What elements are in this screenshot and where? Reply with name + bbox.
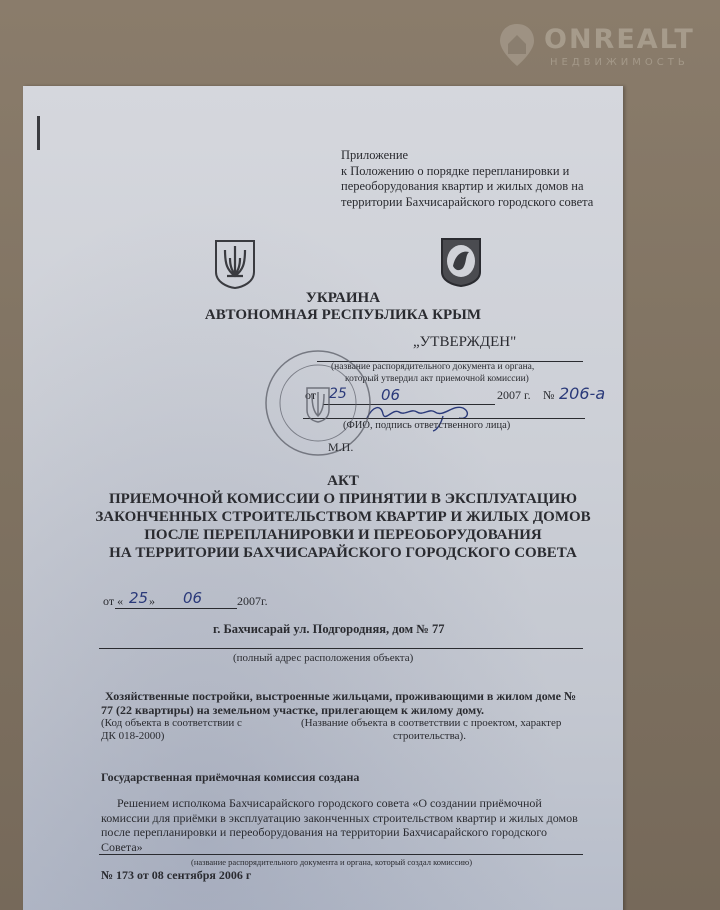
object-address: г. Бахчисарай ул. Подгородняя, дом № 77 <box>213 622 444 637</box>
document-page: Приложение к Положению о порядке перепла… <box>23 86 623 910</box>
seal-label: М.П. <box>328 440 353 455</box>
watermark-tagline: НЕДВИЖИМОСТЬ <box>550 57 689 68</box>
margin-mark <box>37 116 40 150</box>
house-pin-logo-icon <box>498 22 536 68</box>
name-caption-2: строительства). <box>393 730 466 742</box>
approval-number: 206-а <box>559 384 605 403</box>
name-caption-1: (Название объекта в соответствии с проек… <box>301 717 561 729</box>
appendix-note: Приложение к Положению о порядке перепла… <box>341 148 593 210</box>
watermark-brand: ONREALT <box>544 24 695 55</box>
ukraine-trident-emblem-icon <box>213 238 257 290</box>
act-date-month: 06 <box>183 589 202 607</box>
act-date-day: 25 <box>129 589 148 607</box>
onrealt-watermark: ONREALT НЕДВИЖИМОСТЬ <box>498 20 708 70</box>
decision-number: № 173 от 08 сентября 2006 г <box>101 868 251 883</box>
round-seal-stamp-icon <box>263 348 373 458</box>
code-caption-2: ДК 018-2000) <box>101 730 164 742</box>
code-caption-1: (Код объекта в соответствии с <box>101 717 242 729</box>
act-date-mid: » <box>149 594 155 609</box>
address-caption: (полный адрес расположения объекта) <box>233 652 413 664</box>
object-name-line-2: 77 (22 квартиры) на земельном участке, п… <box>101 703 484 718</box>
country-heading: УКРАИНА <box>93 290 593 307</box>
commission-caption: (название распорядительного документа и … <box>191 857 472 867</box>
approved-label: „УТВЕРЖДЕН" <box>413 334 516 351</box>
object-name-line-1: Хозяйственные постройки, выстроенные жил… <box>105 689 576 704</box>
act-date-year: 2007г. <box>237 594 268 609</box>
approval-year: 2007 г. <box>497 388 531 403</box>
act-date-prefix: от « <box>103 594 123 609</box>
commission-text: Решением исполкома Бахчисарайского город… <box>101 796 578 854</box>
approval-number-label: № <box>543 388 554 403</box>
republic-heading: АВТОНОМНАЯ РЕСПУБЛИКА КРЫМ <box>93 307 593 324</box>
act-title: АКТ ПРИЕМОЧНОЙ КОМИССИИ О ПРИНЯТИИ В ЭКС… <box>83 472 603 562</box>
commission-heading: Государственная приёмочная комиссия созд… <box>101 770 359 785</box>
crimea-griffin-emblem-icon <box>439 236 483 288</box>
